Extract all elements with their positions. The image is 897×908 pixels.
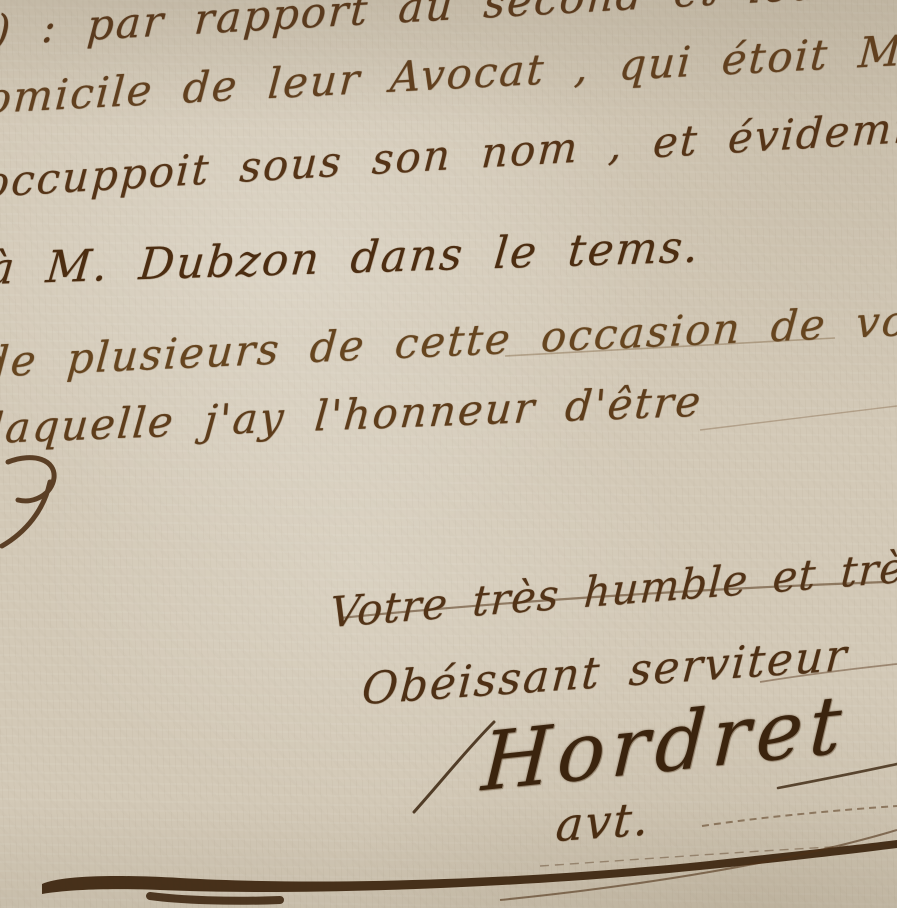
left-margin-cut-fragment [2, 458, 54, 546]
signature-title-abbreviation: avt. [554, 791, 652, 852]
manuscript-page: ) : par rapport au second et leur a é om… [0, 0, 897, 908]
bottom-paraph-swoosh [42, 840, 897, 894]
paraph-thick-head [150, 896, 280, 901]
manuscript-line-5: de plusieurs de cette occasion de vous a… [0, 287, 897, 387]
manuscript-line-6: laquelle j'ay l'honneur d'être [0, 377, 704, 454]
avt-underline-flourish [702, 806, 897, 826]
manuscript-line-4: à M. Dubzon dans le tems. [0, 222, 702, 296]
hairline-scratch-2 [700, 406, 897, 430]
closing-line-humble: Votre très humble et très [328, 541, 897, 637]
